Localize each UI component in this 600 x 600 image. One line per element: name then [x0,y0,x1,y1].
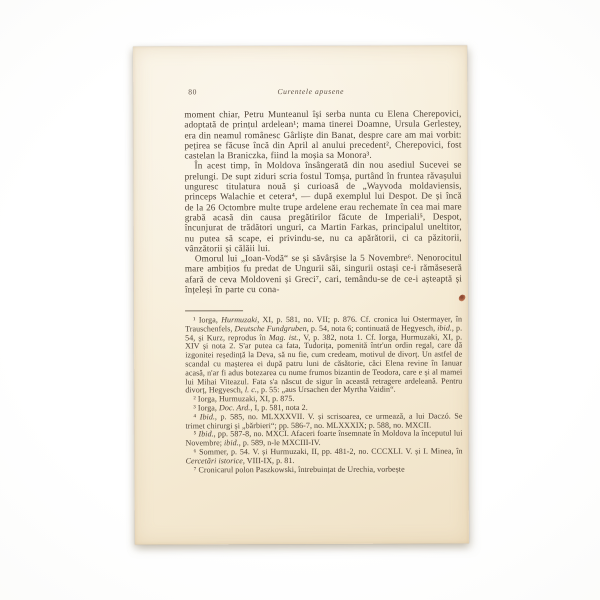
body-text: moment chiar, Petru Munteanul își serba … [184,108,462,310]
footnote: ⁶ Sommer, p. 54. V. și Hurmuzaki, II, pp… [186,447,463,466]
paragraph: În acest timp, în Moldova însângerată di… [185,160,462,254]
footnote: ¹ Iorga, Hurmuzaki, XI, p. 581, no. VII;… [185,315,462,395]
paragraph: moment chiar, Petru Munteanul își serba … [184,108,461,160]
scan-background: 80 Curentele apusene moment chiar, Petru… [0,0,600,600]
book-page: 80 Curentele apusene moment chiar, Petru… [133,45,469,544]
footnote: ⁵ Ibid., pp. 587-8, no. MXCI. Afaceri fo… [185,430,462,449]
footnotes: ¹ Iorga, Hurmuzaki, XI, p. 581, no. VII;… [185,315,463,494]
footnote: ⁷ Cronicarul polon Paszkowski, întrebuin… [186,465,463,475]
running-head: Curentele apusene [184,86,437,99]
footnote-separator [185,310,243,311]
paragraph: Omorul lui „Ioan-Vodă“ se și săvârșise l… [185,253,462,295]
page-header: 80 Curentele apusene [184,85,461,98]
